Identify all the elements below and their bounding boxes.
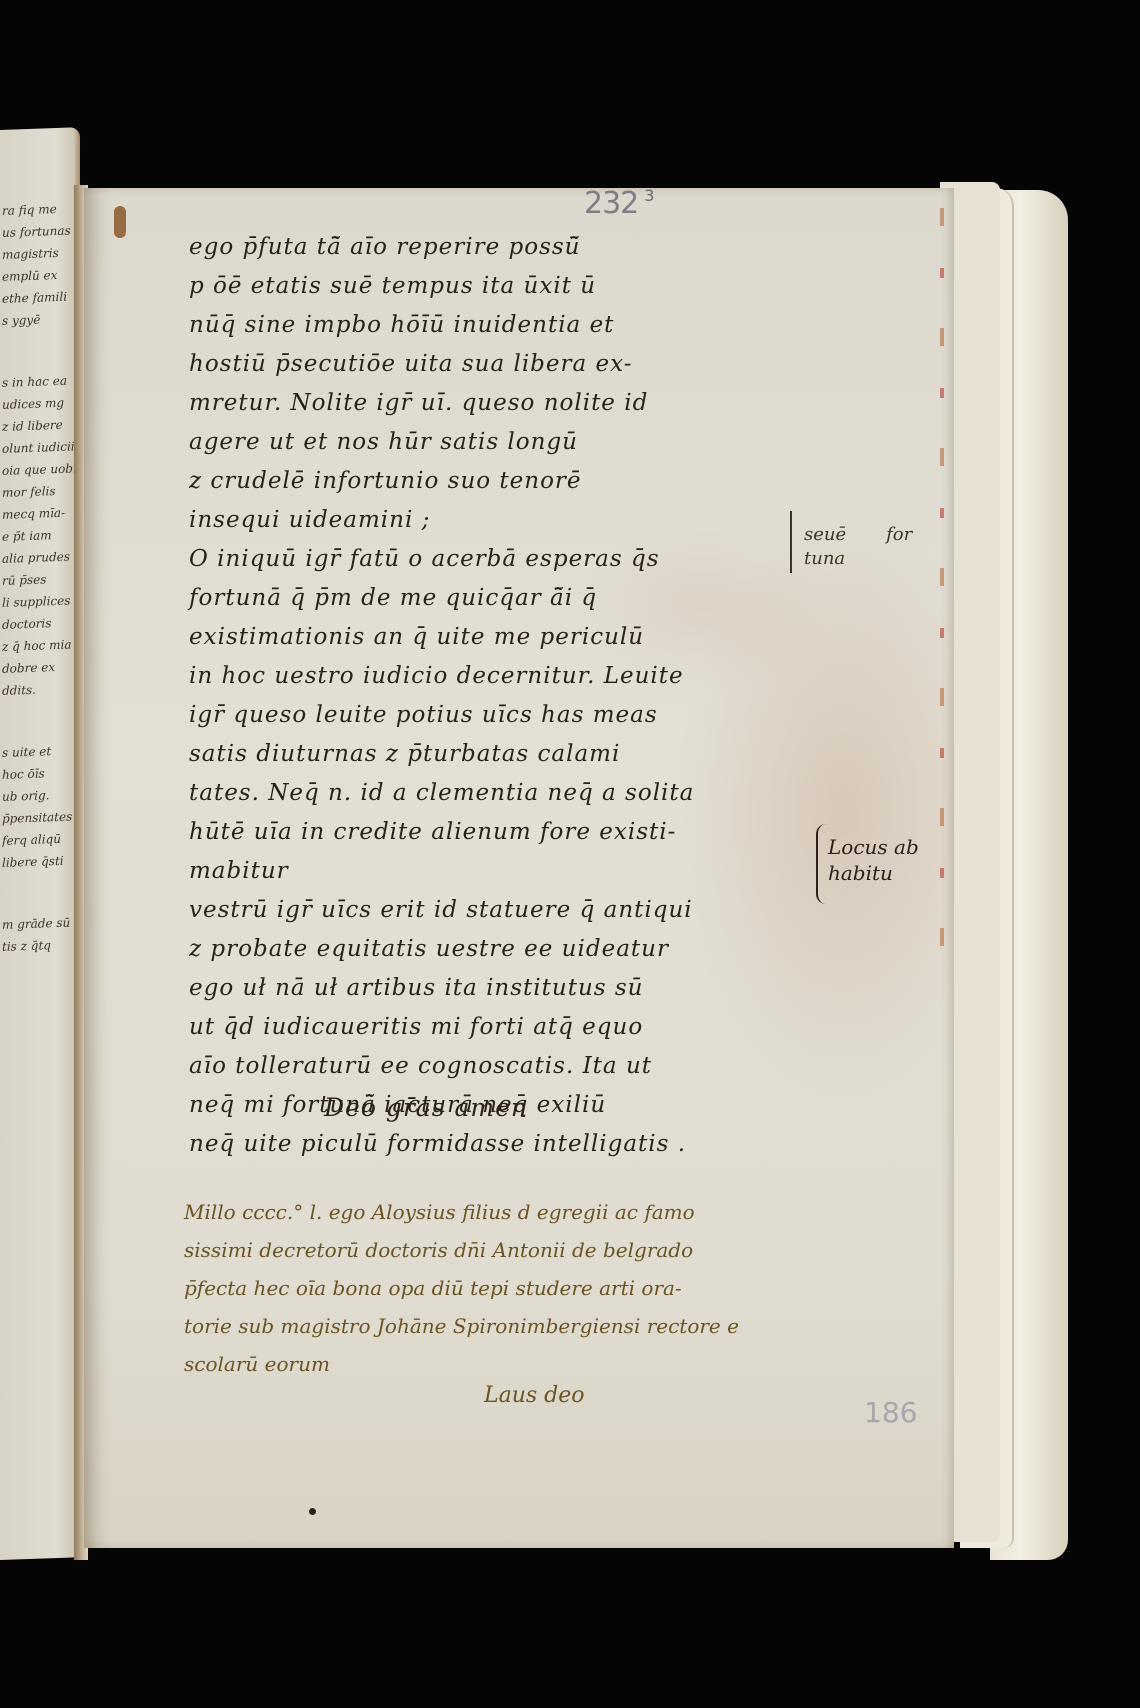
left-page-line: z q̄ hoc mia	[2, 633, 76, 658]
left-page-line: libere q̄sti	[2, 849, 76, 874]
laus-deo: Laus deo	[484, 1383, 585, 1408]
colophon-line: torie sub magistro Johāne Spironimbergie…	[184, 1307, 824, 1345]
left-page-line: ra fiq me	[2, 197, 76, 222]
left-page-line: oia que uobis	[2, 457, 76, 482]
text-line: ut q̄d iudicaueritis mi forti atq̄ equo	[189, 1008, 829, 1047]
text-line: z probate equitatis uestre ee uideatur	[189, 930, 829, 969]
left-page-line: mor felis	[2, 479, 76, 504]
text-line: in hoc uestro iudicio decernitur. Leuite	[189, 657, 829, 696]
folio-number: 232	[584, 186, 638, 221]
left-page-line: us fortunas	[2, 219, 76, 244]
left-page-line: dobre ex	[2, 655, 76, 680]
left-page-line: alia prudes	[2, 545, 76, 570]
margin-word: for	[886, 524, 912, 545]
left-page-line: emplū ex	[2, 263, 76, 288]
colophon-line: scolarū eorum	[184, 1345, 824, 1383]
text-line: tates. Neq̄ n. id a clementia neq̄ a sol…	[189, 774, 829, 813]
left-page-line: s ygyē	[2, 307, 76, 332]
left-page-line	[2, 329, 76, 372]
left-page-line: udices mg	[2, 391, 76, 416]
left-page-line: rū p̄ses	[2, 567, 76, 592]
left-page-line: e p̄t iam	[2, 523, 76, 548]
ink-dot	[309, 1508, 316, 1515]
margin-word: tuna	[804, 547, 912, 571]
left-page-line: ddits.	[2, 677, 76, 702]
left-page-line: s in hac ea	[2, 369, 76, 394]
text-line: fortunā q̄ p̄m de me quicq̄ar ā̃i q̄	[189, 579, 829, 618]
colophon-line: sissimi decretorū doctoris dn̄i Antonii …	[184, 1231, 824, 1269]
margin-bracket	[816, 824, 826, 904]
text-line: satis diuturnas z p̄turbatas calami	[189, 735, 829, 774]
left-page-line: olunt iudicii.	[2, 435, 76, 460]
left-page-line: p̄pensitates	[2, 805, 76, 830]
margin-bracket	[790, 511, 798, 573]
margin-line: habitu	[828, 860, 919, 886]
text-line: neq̄ uite piculū formidasse intelligatis…	[189, 1125, 829, 1164]
left-page-line: ub orig.	[2, 783, 76, 808]
page-edge-marks	[940, 208, 944, 968]
left-page-line: hoc ōīs	[2, 761, 76, 786]
left-page-line: m grāde sū	[2, 911, 76, 936]
marginal-note-fortuna: seuēfor tuna	[804, 523, 912, 571]
marginal-note-locus-ab-habitu: Locus ab habitu	[828, 834, 919, 886]
folio-number-top: 2323	[584, 186, 653, 221]
left-page-text: ra fiq meus fortunasmagistrisemplū exeth…	[2, 197, 76, 958]
left-page-line: doctoris	[2, 611, 76, 636]
text-line: agere ut et nos hūr satis longū	[189, 423, 829, 462]
text-line: O iniquū igr̄ fatū o acerbā esperas q̄s	[189, 540, 829, 579]
left-page-line	[2, 699, 76, 742]
left-page-line: ethe famili	[2, 285, 76, 310]
text-line: z crudelē infortunio suo tenorē	[189, 462, 829, 501]
folio-number-bottom: 186	[864, 1396, 917, 1429]
text-line: ego p̄futa tā̃ aīo reperire possū̃	[189, 228, 829, 267]
colophon-line: Millo cccc.° l. ego Aloysius filius d eg…	[184, 1193, 824, 1231]
left-page-line: ferq aliqū	[2, 827, 76, 852]
manuscript-recto-page: 2323 ego p̄futa tā̃ aīo reperire possū̃ …	[84, 188, 954, 1548]
text-line: nūq̄ sine impbo hōīū inuidentia et	[189, 306, 829, 345]
text-line: insequi uideamini ;	[189, 501, 829, 540]
left-page-verso: ra fiq meus fortunasmagistrisemplū exeth…	[0, 127, 80, 1560]
margin-word: seuē	[804, 524, 846, 545]
left-page-line	[2, 871, 76, 914]
text-line: hostiū p̄secutiōe uita sua libera ex-	[189, 345, 829, 384]
left-page-line: s uite et	[2, 739, 76, 764]
text-line: aīo tolleraturū ee cognoscatis. Ita ut	[189, 1047, 829, 1086]
text-line: ego uł nā uł artibus ita institutus sū	[189, 969, 829, 1008]
left-page-line: magistris	[2, 241, 76, 266]
margin-line: Locus ab	[828, 834, 919, 860]
text-line: mretur. Nolite igr̄ uī. queso nolite id	[189, 384, 829, 423]
text-line: p ōē etatis suē tempus ita ūxit ū	[189, 267, 829, 306]
ink-stain	[114, 206, 126, 238]
left-page-line: z id libere	[2, 413, 76, 438]
text-line: existimationis an q̄ uite me periculū	[189, 618, 829, 657]
folio-superscript: 3	[644, 186, 653, 205]
main-text-block: ego p̄futa tā̃ aīo reperire possū̃ p ōē …	[189, 228, 829, 1164]
colophon: Millo cccc.° l. ego Aloysius filius d eg…	[184, 1193, 824, 1383]
text-line: hūtē uīa in credite alienum fore existi-	[189, 813, 829, 852]
left-page-line: tis z q̄tq	[2, 933, 76, 958]
colophon-line: p̄fecta hec oīa bona opa diū tepi studer…	[184, 1269, 824, 1307]
closing-formula: Deo gr̄as amen	[324, 1093, 528, 1122]
left-page-line: li supplices	[2, 589, 76, 614]
text-line: vestrū igr̄ uīcs erit id statuere q̄ ant…	[189, 891, 829, 930]
text-line: igr̄ queso leuite potius uīcs has meas	[189, 696, 829, 735]
text-line: mabitur	[189, 852, 829, 891]
left-page-line: mecq mīa-	[2, 501, 76, 526]
